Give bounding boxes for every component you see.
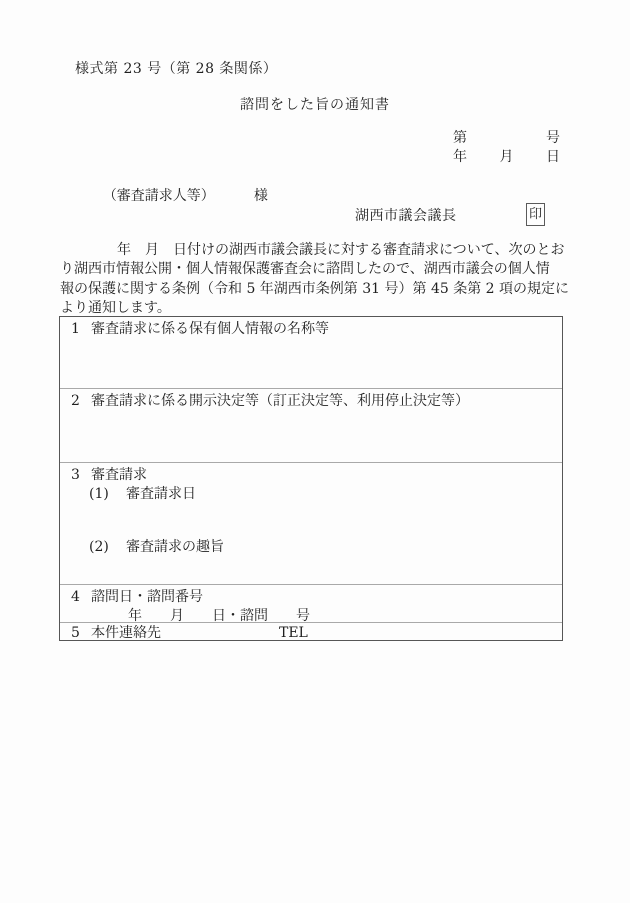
sub-item-number: (2) bbox=[89, 538, 126, 557]
doc-date-line: 年 月 日 bbox=[453, 148, 560, 167]
sub-item-request-purpose: (2)審査請求の趣旨 bbox=[71, 538, 554, 557]
table-row-disclosure-decision: 2審査請求に係る開示決定等（訂正決定等、利用停止決定等） bbox=[60, 388, 562, 462]
page-title: 諮問をした旨の通知書 bbox=[0, 96, 630, 115]
date-year-label: 年 bbox=[453, 148, 467, 167]
form-number: 様式第 23 号（第 28 条関係） bbox=[75, 60, 277, 79]
doc-number-suffix: 号 bbox=[546, 129, 560, 148]
consultation-date-blanks: 年 月 日・諮問 号 bbox=[71, 607, 554, 622]
table-row-review-request: 3審査請求 (1)審査請求日 (2)審査請求の趣旨 bbox=[60, 462, 562, 584]
table-row-contact: 5本件連絡先 TEL bbox=[60, 622, 562, 640]
row-number: 2 bbox=[71, 392, 91, 411]
document-page: 様式第 23 号（第 28 条関係） 諮問をした旨の通知書 第 号 年 月 日 … bbox=[0, 0, 630, 903]
row-label: 本件連絡先 bbox=[91, 625, 161, 640]
body-paragraph: 年 月 日付けの湖西市議会議長に対する審査請求について、次のとお り湖西市情報公… bbox=[60, 241, 566, 319]
sub-item-number: (1) bbox=[89, 485, 126, 504]
sub-item-label: 審査請求日 bbox=[126, 486, 196, 502]
body-line: り湖西市情報公開・個人情報保護審査会に諮問したので、湖西市議会の個人情 bbox=[60, 260, 566, 279]
body-line: 年 月 日付けの湖西市議会議長に対する審査請求について、次のとお bbox=[60, 241, 566, 260]
seal-character: 印 bbox=[529, 205, 542, 224]
doc-number-date-block: 第 号 年 月 日 bbox=[453, 129, 560, 167]
doc-number-prefix: 第 bbox=[453, 129, 467, 148]
doc-number-line: 第 号 bbox=[453, 129, 560, 148]
row-label: 審査請求 bbox=[91, 467, 147, 483]
row-label: 審査請求に係る開示決定等（訂正決定等、利用停止決定等） bbox=[91, 393, 469, 409]
sender-title: 湖西市議会議長 bbox=[355, 207, 457, 226]
body-line: 報の保護に関する条例（令和 5 年湖西市条例第 31 号）第 45 条第 2 項… bbox=[60, 280, 566, 299]
date-month-label: 月 bbox=[500, 148, 514, 167]
row-number: 5 bbox=[71, 624, 91, 640]
table-row-consultation-date-number: 4諮問日・諮問番号 年 月 日・諮問 号 bbox=[60, 584, 562, 622]
row-label: 審査請求に係る保有個人情報の名称等 bbox=[91, 321, 329, 337]
sub-item-label: 審査請求の趣旨 bbox=[126, 539, 224, 555]
row-number: 3 bbox=[71, 466, 91, 485]
addressee-line: （審査請求人等）様 bbox=[85, 168, 268, 225]
row-number: 1 bbox=[71, 320, 91, 339]
addressee-label: （審査請求人等） bbox=[103, 188, 215, 204]
tel-label: TEL bbox=[279, 624, 308, 640]
form-table: 1審査請求に係る保有個人情報の名称等 2審査請求に係る開示決定等（訂正決定等、利… bbox=[59, 316, 563, 641]
sub-item-request-date: (1)審査請求日 bbox=[71, 485, 554, 504]
row-label: 諮問日・諮問番号 bbox=[91, 589, 203, 605]
table-row-personal-info-name: 1審査請求に係る保有個人情報の名称等 bbox=[60, 317, 562, 388]
date-day-label: 日 bbox=[546, 148, 560, 167]
addressee-honorific: 様 bbox=[254, 188, 268, 204]
seal-stamp: 印 bbox=[526, 203, 545, 226]
row-number: 4 bbox=[71, 588, 91, 607]
